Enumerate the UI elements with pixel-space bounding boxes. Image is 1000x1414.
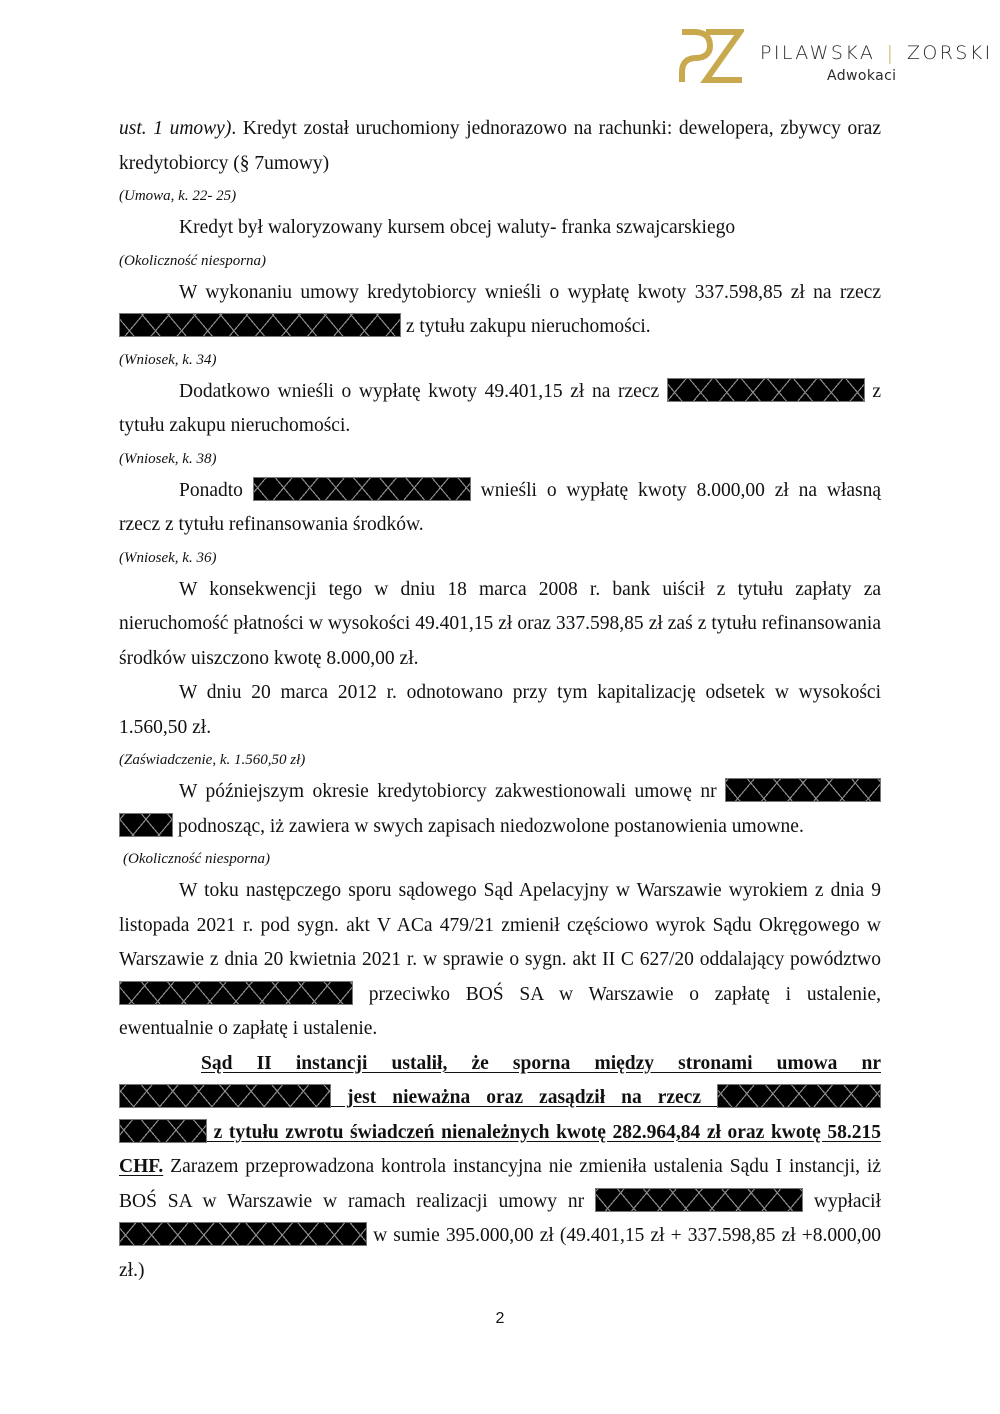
paragraph-7: W dniu 20 marca 2012 r. odnotowano przy … bbox=[119, 676, 881, 745]
paragraph-2: Kredyt był waloryzowany kursem obcej wal… bbox=[119, 211, 881, 246]
citation-3: (Wniosek, k. 34) bbox=[119, 345, 881, 375]
citation-5: (Wniosek, k. 36) bbox=[119, 543, 881, 573]
document-page: PILAWSKA | ZORSKI Adwokaci ust. 1 umowy)… bbox=[0, 0, 1000, 1414]
document-body: ust. 1 umowy). Kredyt został uruchomiony… bbox=[119, 112, 881, 1288]
redaction-box bbox=[595, 1188, 803, 1212]
paragraph-5-before: Ponadto bbox=[179, 480, 243, 501]
paragraph-8-after: podnosząc, iż zawiera w swych zapisach n… bbox=[178, 816, 804, 837]
paragraph-3-before: W wykonaniu umowy kredytobiorcy wnieśli … bbox=[179, 282, 881, 303]
paragraph-3-after: z tytułu zakupu nieruchomości. bbox=[406, 316, 651, 337]
citation-1: (Umowa, k. 22- 25) bbox=[119, 181, 881, 211]
paragraph-4: Dodatkowo wnieśli o wypłatę kwoty 49.401… bbox=[119, 375, 881, 444]
redaction-box bbox=[253, 477, 471, 501]
page-number: 2 bbox=[0, 1310, 1000, 1328]
redaction-box bbox=[119, 981, 353, 1005]
paragraph-1-italic: ust. 1 umowy) bbox=[119, 118, 231, 139]
citation-4: (Wniosek, k. 38) bbox=[119, 444, 881, 474]
paragraph-5: Ponadto wnieśli o wypłatę kwoty 8.000,00… bbox=[119, 474, 881, 543]
firm-logo: PILAWSKA | ZORSKI Adwokaci bbox=[676, 28, 976, 88]
redaction-box bbox=[119, 1222, 367, 1246]
paragraph-1: ust. 1 umowy). Kredyt został uruchomiony… bbox=[119, 112, 881, 181]
redaction-box bbox=[119, 1119, 207, 1143]
citation-2: (Okoliczność niesporna) bbox=[119, 246, 881, 276]
firm-subtitle: Adwokaci bbox=[827, 68, 896, 84]
firm-name-separator: | bbox=[887, 42, 896, 64]
redaction-box bbox=[667, 378, 865, 402]
firm-name-right: ZORSKI bbox=[907, 42, 993, 64]
paragraph-1-text: . Kredyt został uruchomiony jednorazowo … bbox=[119, 118, 881, 174]
citation-7: (Zaświadczenie, k. 1.560,50 zł) bbox=[119, 745, 881, 775]
paragraph-6: W konsekwencji tego w dniu 18 marca 2008… bbox=[119, 573, 881, 677]
paragraph-3: W wykonaniu umowy kredytobiorcy wnieśli … bbox=[119, 276, 881, 345]
redaction-box bbox=[119, 1084, 331, 1108]
paragraph-9-before: W toku następczego sporu sądowego Sąd Ap… bbox=[119, 880, 881, 970]
pz-monogram-icon bbox=[676, 28, 744, 84]
paragraph-8: W późniejszym okresie kredytobiorcy zakw… bbox=[119, 775, 881, 844]
firm-name: PILAWSKA | ZORSKI bbox=[760, 42, 993, 64]
paragraph-10: Sąd II instancji ustalił, że sporna międ… bbox=[119, 1047, 881, 1289]
citation-8: (Okoliczność niesporna) bbox=[119, 844, 881, 874]
redaction-box bbox=[717, 1084, 881, 1108]
redaction-box bbox=[725, 778, 881, 802]
paragraph-10-text-2: wypłacił bbox=[814, 1191, 881, 1212]
redaction-box bbox=[119, 313, 401, 337]
redaction-box bbox=[119, 813, 173, 837]
court-finding-bold-1: Sąd II instancji ustalił, że sporna międ… bbox=[201, 1053, 881, 1074]
court-finding-bold-2: jest nieważna oraz zasądził na rzecz bbox=[331, 1087, 717, 1108]
paragraph-9: W toku następczego sporu sądowego Sąd Ap… bbox=[119, 874, 881, 1047]
firm-name-left: PILAWSKA bbox=[760, 42, 875, 64]
paragraph-4-before: Dodatkowo wnieśli o wypłatę kwoty 49.401… bbox=[179, 381, 659, 402]
paragraph-8-before: W późniejszym okresie kredytobiorcy zakw… bbox=[179, 781, 717, 802]
